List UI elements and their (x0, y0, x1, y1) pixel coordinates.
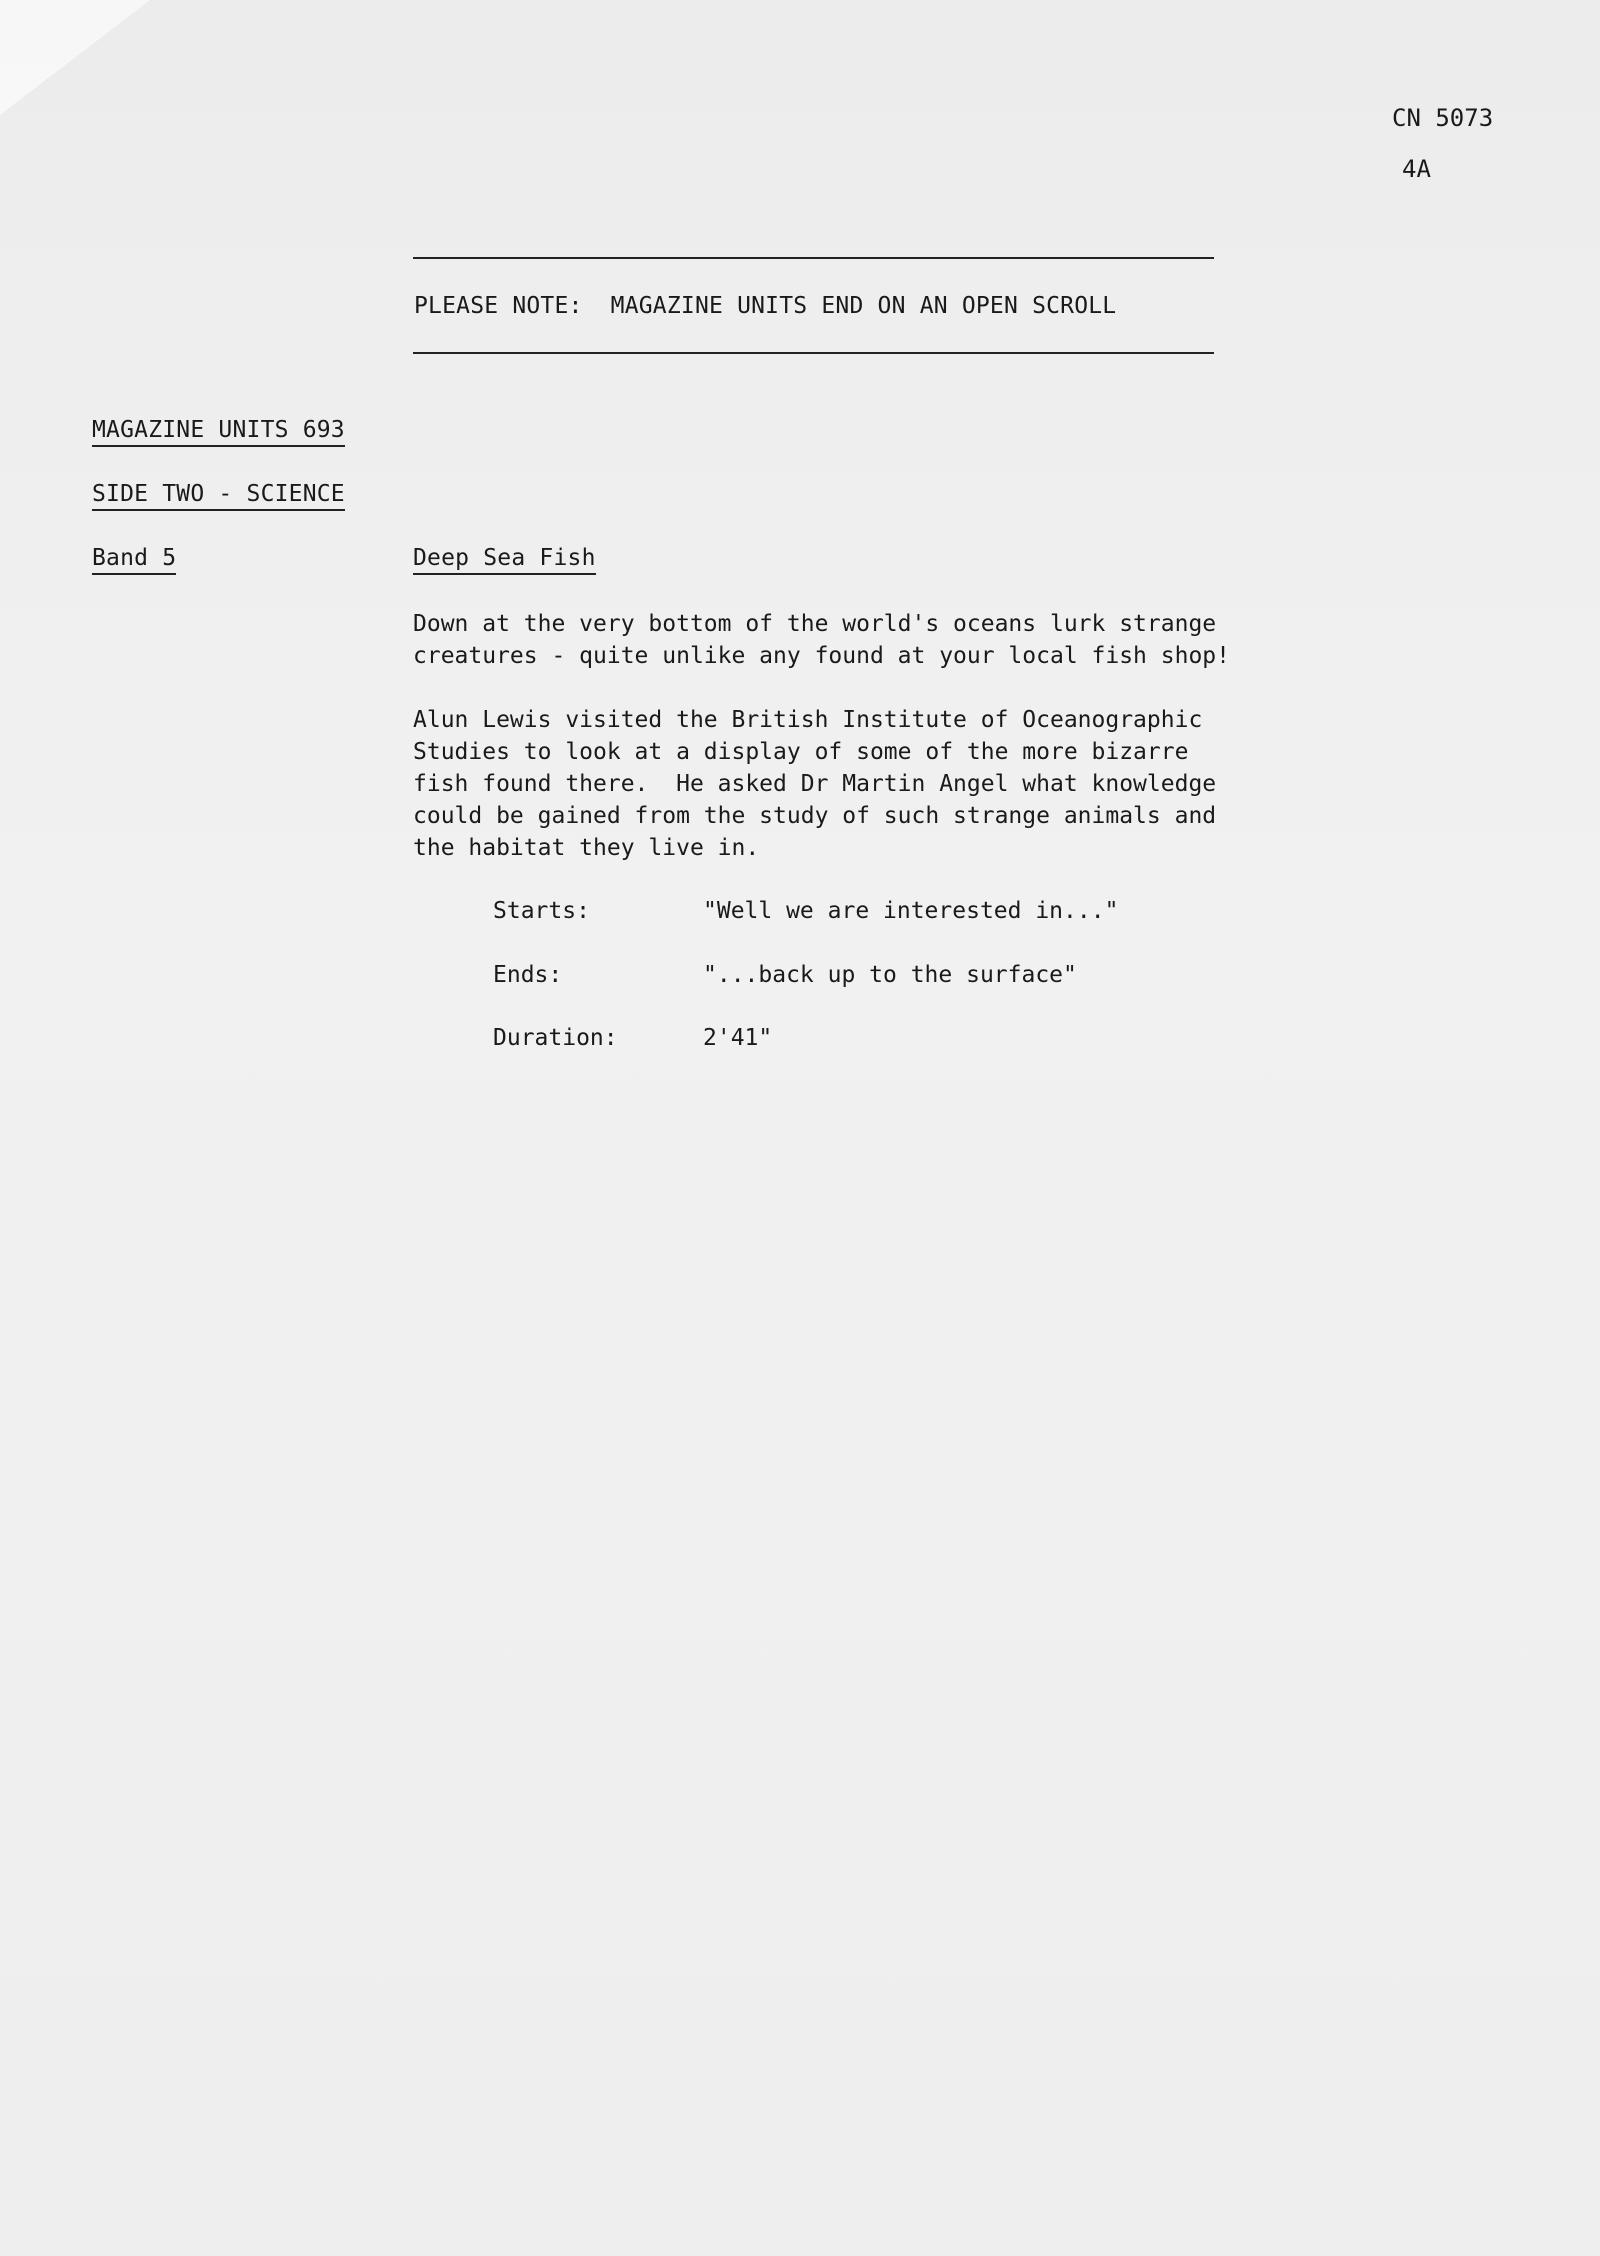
document-page: CN 5073 4A PLEASE NOTE: MAGAZINE UNITS E… (0, 0, 1600, 2256)
band-heading: Band 5 (92, 545, 176, 575)
sheet-code: 4A (1402, 155, 1431, 183)
side-heading: SIDE TWO - SCIENCE (92, 481, 345, 511)
ends-label: Ends: (493, 962, 562, 988)
notice-rule-bottom (413, 352, 1214, 354)
duration-value: 2'41" (703, 1025, 772, 1051)
notice-rule-top (413, 257, 1214, 259)
starts-label: Starts: (493, 898, 590, 924)
magazine-units-heading: MAGAZINE UNITS 693 (92, 417, 345, 447)
starts-value: "Well we are interested in..." (703, 898, 1118, 924)
folded-corner (0, 0, 150, 115)
item-title: Deep Sea Fish (413, 545, 596, 575)
ends-value: "...back up to the surface" (703, 962, 1077, 988)
notice-text: PLEASE NOTE: MAGAZINE UNITS END ON AN OP… (414, 290, 1116, 322)
catalog-number: CN 5073 (1392, 104, 1493, 132)
description-paragraph-2: Alun Lewis visited the British Institute… (413, 704, 1216, 864)
duration-label: Duration: (493, 1025, 618, 1051)
description-paragraph-1: Down at the very bottom of the world's o… (413, 608, 1230, 672)
